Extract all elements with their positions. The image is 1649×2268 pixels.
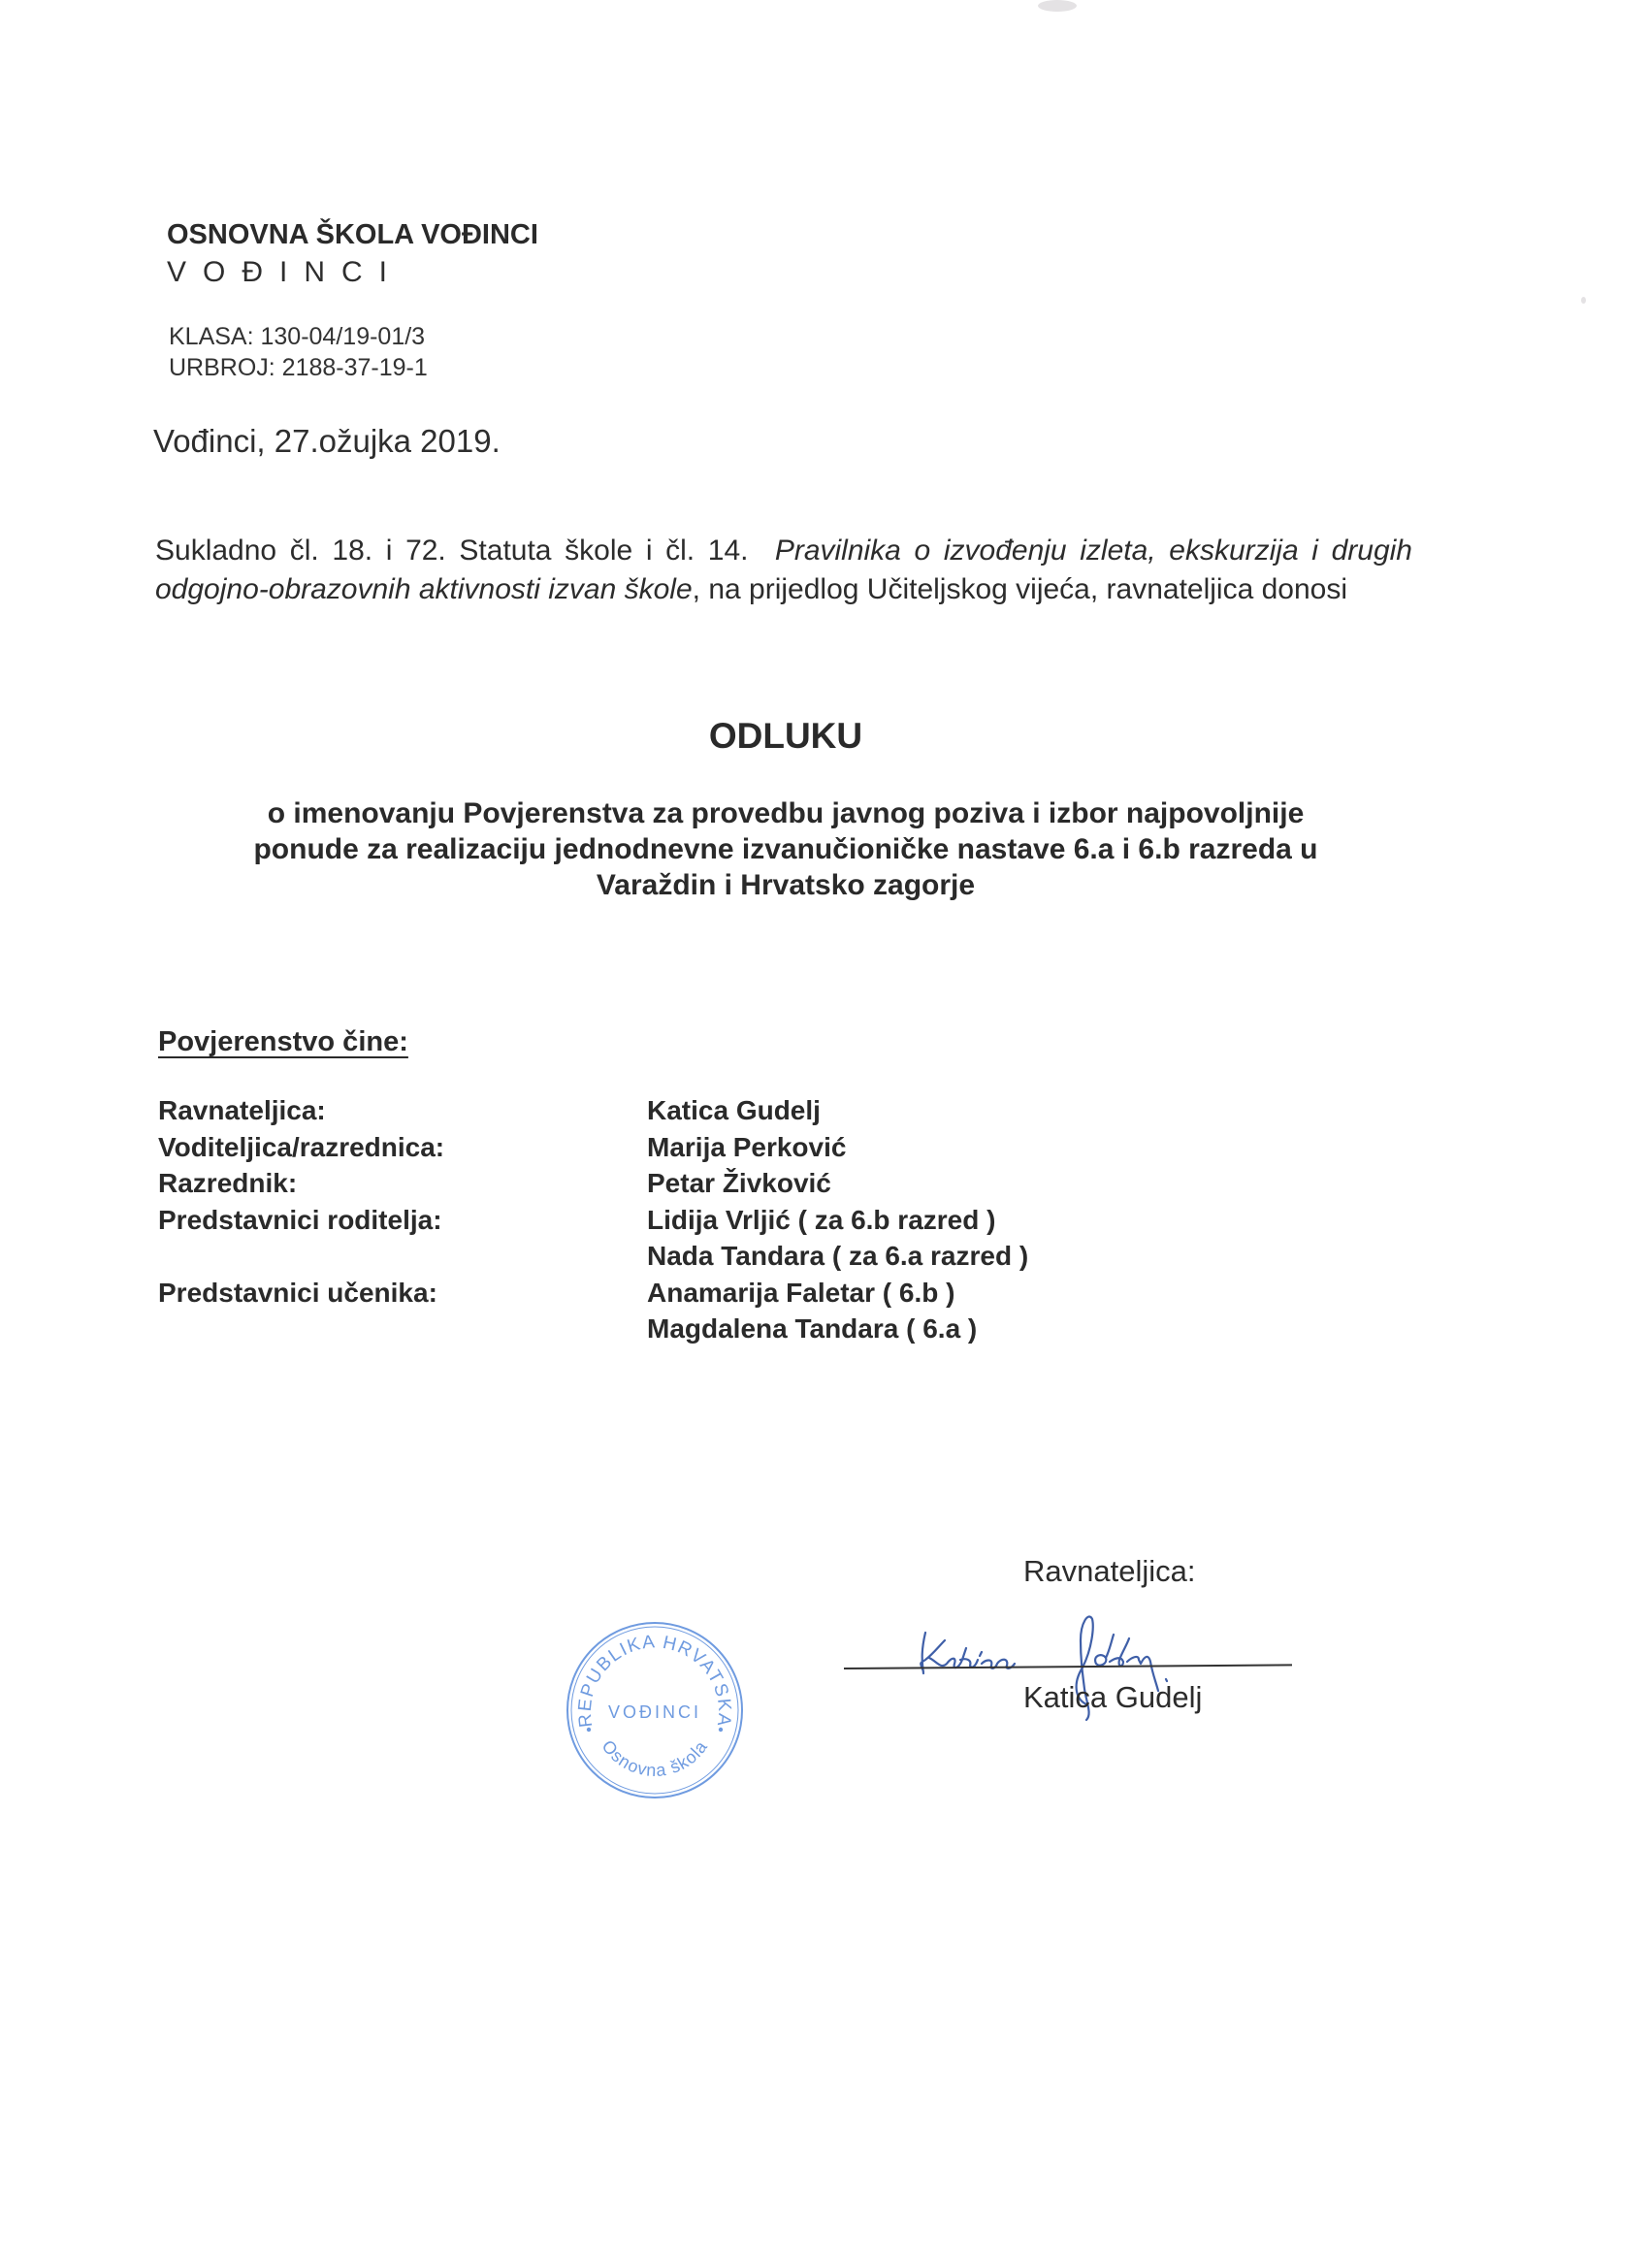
- committee-list: Ravnateljica: Katica Gudelj Voditeljica/…: [158, 1092, 1225, 1347]
- committee-row: Predstavnici učenika: Anamarija Faletar …: [158, 1275, 1225, 1312]
- scan-artifact: [1581, 297, 1586, 304]
- committee-role: Ravnateljica:: [158, 1092, 326, 1129]
- stamp-bottom-text: Osnovna škola: [598, 1736, 711, 1780]
- committee-member: Anamarija Faletar ( 6.b ): [647, 1275, 954, 1312]
- committee-member: Marija Perković: [647, 1129, 846, 1166]
- committee-member: Lidija Vrljić ( za 6.b razred ): [647, 1202, 995, 1239]
- committee-row: Predstavnici roditelja: Lidija Vrljić ( …: [158, 1202, 1225, 1239]
- committee-member: Petar Živković: [647, 1165, 831, 1202]
- committee-member: Magdalena Tandara ( 6.a ): [647, 1311, 977, 1347]
- stamp-dot: [719, 1728, 723, 1732]
- committee-row: Nada Tandara ( za 6.a razred ): [158, 1238, 1225, 1275]
- school-town: VOĐINCI: [167, 256, 404, 289]
- preamble-lead: Sukladno čl. 18. i 72. Statuta škole i č…: [155, 535, 749, 567]
- subtitle-line: Varaždin i Hrvatsko zagorje: [184, 867, 1387, 903]
- committee-member: Katica Gudelj: [647, 1092, 821, 1129]
- decision-subtitle: o imenovanju Povjerenstva za provedbu ja…: [184, 795, 1387, 903]
- subtitle-line: o imenovanju Povjerenstva za provedbu ja…: [184, 795, 1387, 831]
- committee-member: Nada Tandara ( za 6.a razred ): [647, 1238, 1028, 1275]
- school-name: OSNOVNA ŠKOLA VOĐINCI: [167, 219, 538, 251]
- signatory-role: Ravnateljica:: [1023, 1554, 1195, 1589]
- committee-row: Ravnateljica: Katica Gudelj: [158, 1092, 1225, 1129]
- scan-artifact: [1038, 0, 1077, 12]
- committee-heading: Povjerenstvo čine:: [158, 1026, 408, 1058]
- decision-title: ODLUKU: [0, 716, 1571, 757]
- signatory-name: Katica Gudelj: [1023, 1680, 1202, 1715]
- committee-role: Razrednik:: [158, 1165, 297, 1202]
- committee-row: Magdalena Tandara ( 6.a ): [158, 1311, 1225, 1347]
- subtitle-line: ponude za realizaciju jednodnevne izvanu…: [184, 831, 1387, 867]
- committee-role: Voditeljica/razrednica:: [158, 1129, 444, 1166]
- committee-role: Predstavnici učenika:: [158, 1275, 437, 1312]
- school-stamp: REPUBLIKA HRVATSKA VOĐINCI Osnovna škola: [563, 1618, 747, 1802]
- urbroj-reference: URBROJ: 2188-37-19-1: [169, 354, 428, 382]
- stamp-center-text: VOĐINCI: [608, 1702, 701, 1722]
- committee-row: Voditeljica/razrednica: Marija Perković: [158, 1129, 1225, 1166]
- preamble-paragraph: Sukladno čl. 18. i 72. Statuta škole i č…: [155, 532, 1412, 609]
- place-and-date: Vođinci, 27.ožujka 2019.: [153, 423, 501, 460]
- document-page: OSNOVNA ŠKOLA VOĐINCI VOĐINCI KLASA: 130…: [0, 0, 1649, 2268]
- klasa-reference: KLASA: 130-04/19-01/3: [169, 323, 425, 351]
- preamble-tail: , na prijedlog Učiteljskog vijeća, ravna…: [693, 573, 1347, 605]
- committee-row: Razrednik: Petar Živković: [158, 1165, 1225, 1202]
- committee-role: Predstavnici roditelja:: [158, 1202, 442, 1239]
- stamp-dot: [587, 1728, 591, 1732]
